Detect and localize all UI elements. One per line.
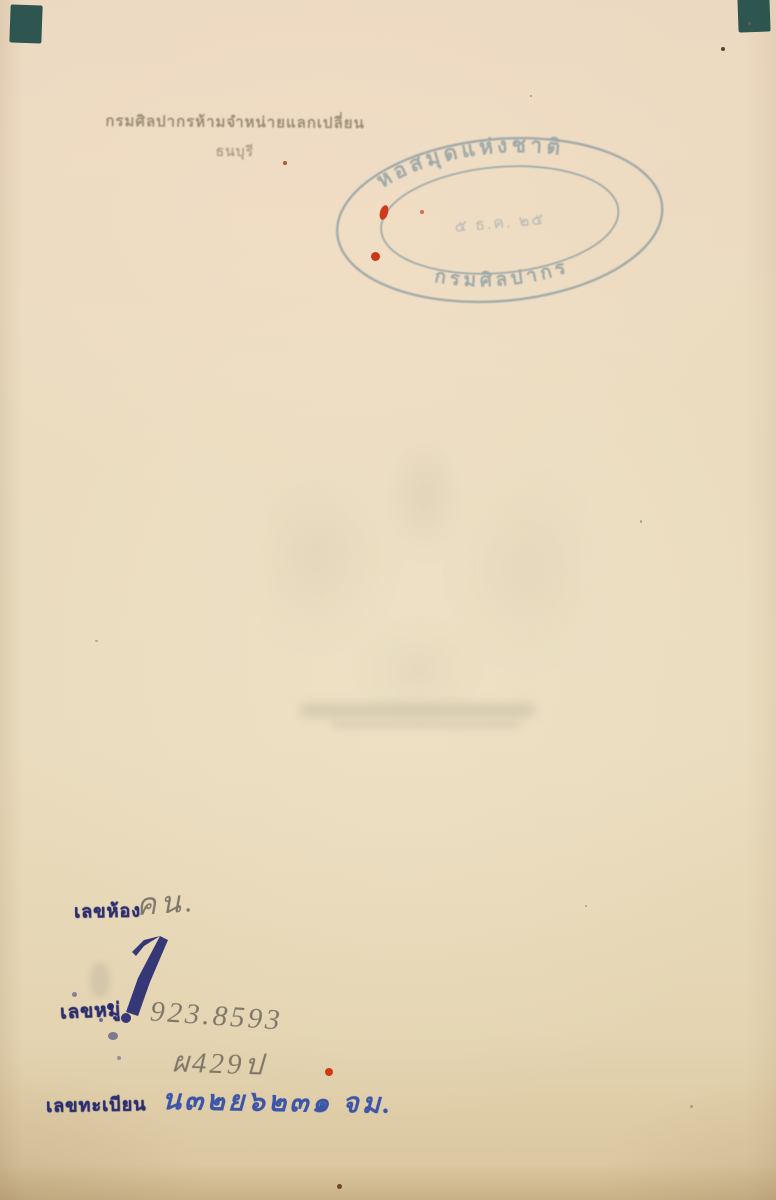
paper-speck [337, 1184, 342, 1189]
red-ink-speck [420, 210, 424, 214]
paper-speck [585, 905, 587, 907]
red-ink-speck [371, 252, 380, 261]
library-oval-stamp: หอสมุดแห่งชาติ กรมศิลปากร ๕ ธ.ค. ๒๕ [307, 102, 694, 343]
paper-speck [530, 95, 532, 97]
paper-speck [721, 47, 725, 51]
scanned-page: กรมศิลปากรห้ามจำหน่ายแลกเปลี่ยน ธนบุรี ห… [0, 0, 776, 1200]
ink-blot [117, 1056, 121, 1060]
paper-speck [690, 1105, 693, 1108]
call-number-line1: 923.8593 [149, 995, 284, 1037]
ghost-emblem-watermark [263, 402, 585, 737]
scan-corner-artifact-left [9, 4, 42, 43]
paper-speck [748, 22, 751, 25]
ghost-emblem-baseline-2 [332, 721, 520, 729]
class-number-label: เลขหมู่ [59, 994, 122, 1027]
scan-corner-artifact-right [737, 0, 770, 33]
oval-stamp-top-arc-text: หอสมุดแห่งชาติ [370, 129, 569, 194]
accession-number-ink-value: น๓๒ย๖๒๓๑ จม. [162, 1078, 394, 1126]
accession-number-label: เลขทะเบียน [46, 1089, 147, 1120]
red-ink-speck [325, 1068, 333, 1076]
ink-blot [108, 1032, 118, 1040]
room-number-label: เลขห้อง [74, 895, 141, 925]
room-number-pencil-value: คน. [134, 878, 197, 929]
ghost-emblem-baseline [300, 704, 535, 717]
oval-stamp-date-text: ๕ ธ.ค. ๒๕ [454, 211, 546, 236]
oval-stamp-bottom-arc-text: กรมศิลปากร [431, 254, 573, 296]
paper-speck [640, 520, 642, 523]
paper-speck [95, 640, 98, 642]
paper-speck [283, 161, 287, 165]
